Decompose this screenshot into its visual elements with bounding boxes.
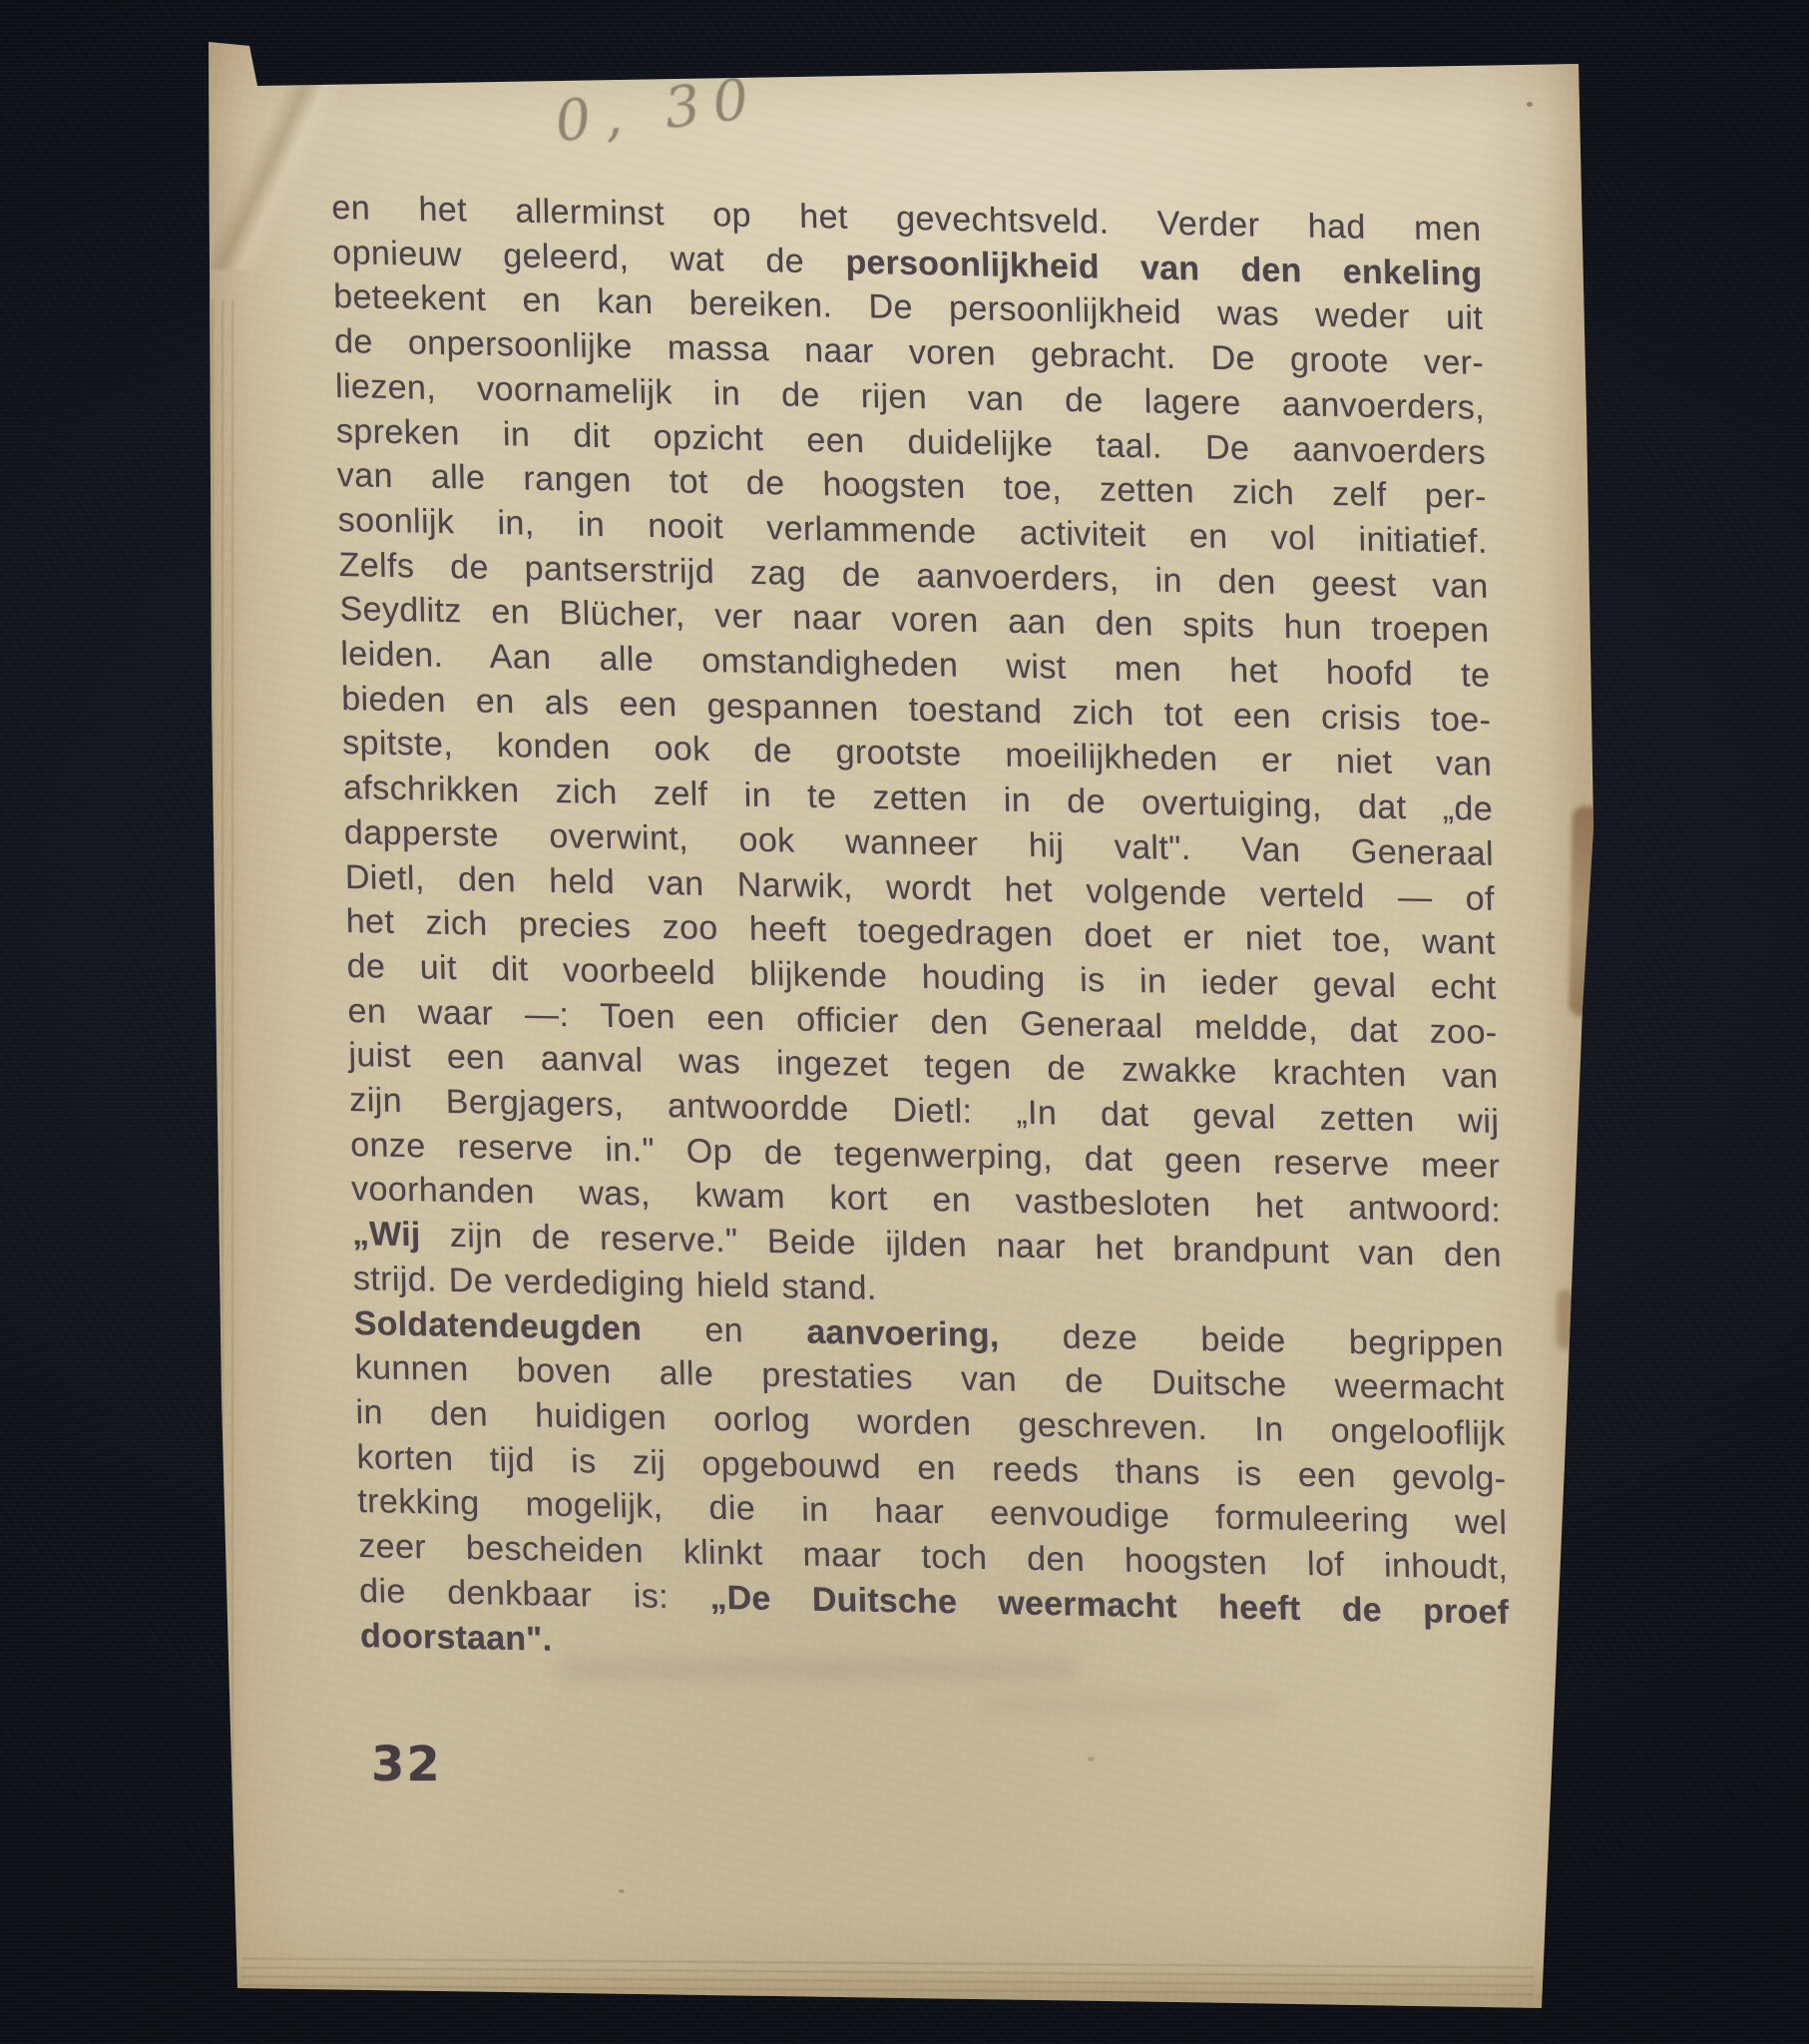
- ink-show-through-2: [978, 1697, 1277, 1715]
- pencil-price-mark: 0, 30: [552, 66, 765, 156]
- text-segment: opnieuw geleerd, wat de: [332, 234, 846, 281]
- text-segment: die denkbaar is:: [359, 1572, 710, 1617]
- left-page-stack-edge: [212, 299, 241, 1946]
- bold-text-segment: Soldatendeugden: [353, 1304, 642, 1347]
- paper-speck: [619, 1889, 625, 1893]
- book-page: 0, 30 en het allerminst op het gevechtsv…: [0, 0, 1809, 2044]
- page-text: en het allerminst op het gevechtsveld. V…: [331, 186, 1511, 1680]
- text-segment: en: [642, 1309, 807, 1350]
- photo-background: 0, 30 en het allerminst op het gevechtsv…: [0, 0, 1809, 2044]
- right-edge-stain-small: [1557, 1289, 1575, 1349]
- bold-text-segment: doorstaan".: [360, 1617, 553, 1659]
- paper-speck: [1527, 102, 1533, 107]
- text-segment: deze beide begrippen: [999, 1316, 1504, 1364]
- bold-text-segment: „Wij: [352, 1215, 421, 1254]
- text-segment: strijd. De verdediging hield stand.: [353, 1260, 877, 1307]
- bottom-page-stack-edge: [241, 1957, 1534, 1996]
- ink-show-through: [559, 1657, 1078, 1681]
- paper-speck: [858, 489, 863, 494]
- page-number: 32: [371, 1737, 442, 1792]
- right-edge-stain: [1569, 806, 1600, 1016]
- bold-text-segment: aanvoering,: [806, 1312, 1000, 1354]
- paper-speck: [1088, 1757, 1095, 1762]
